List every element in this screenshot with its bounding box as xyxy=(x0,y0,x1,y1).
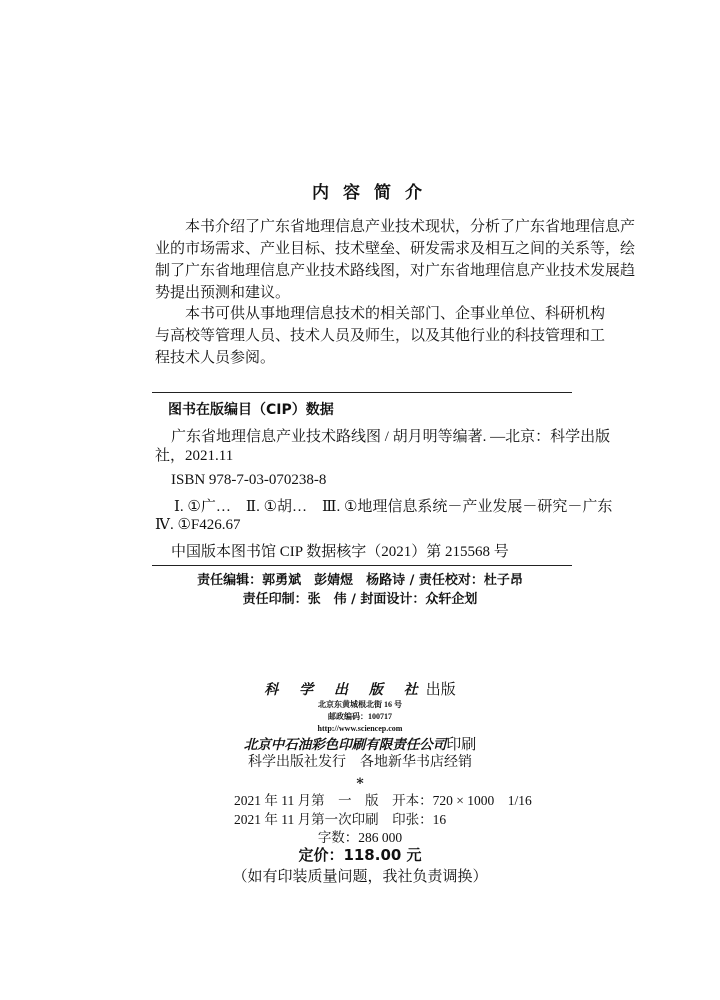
word-count: 字数：286 000 xyxy=(0,831,720,845)
printer-line: 北京中石油彩色印刷有限责任公司印刷 xyxy=(0,736,720,753)
cip-heading: 图书在版编目（CIP）数据 xyxy=(168,403,334,417)
cip-isbn: ISBN 978-7-03-070238-8 xyxy=(171,473,326,488)
edition-line: 2021 年 11 月第 一 版 开本：720 × 1000 1/16 xyxy=(234,794,532,808)
quality-notice: （如有印装质量问题，我社负责调换） xyxy=(0,869,720,884)
publisher-address: 北京东黄城根北街 16 号 xyxy=(0,701,720,709)
summary-title: 内容简介 xyxy=(0,185,720,202)
publisher-website: http://www.sciencep.com xyxy=(0,725,720,733)
price: 定价：118.00 元 xyxy=(0,848,720,863)
distribution-line: 科学出版社发行 各地新华书店经销 xyxy=(0,755,720,769)
summary-line: 程技术人员参阅。 xyxy=(155,350,569,365)
cip-classification-line: Ⅳ. ①F426.67 xyxy=(155,518,241,533)
cip-classification-line: Ⅰ. ①广… Ⅱ. ①胡… Ⅲ. ①地理信息系统－产业发展－研究－广东 xyxy=(174,500,567,515)
credits-line: 责任印制：张 伟 / 封面设计：众轩企划 xyxy=(0,593,720,606)
credits-line: 责任编辑：郭勇斌 彭婧煜 杨路诗 / 责任校对：杜子昂 xyxy=(0,574,720,587)
summary-line: 业的市场需求、产业目标、技术壁垒、研发需求及相互之间的关系等，绘 xyxy=(155,241,569,256)
summary-line: 本书可供从事地理信息技术的相关部门、企事业单位、科研机构 xyxy=(155,306,569,321)
separator-asterisk: * xyxy=(0,777,720,791)
printer-suffix: 印刷 xyxy=(446,735,476,753)
cip-bottom-rule xyxy=(152,565,572,566)
cip-approval-number: 中国版本图书馆 CIP 数据核字（2021）第 215568 号 xyxy=(171,545,509,560)
summary-line: 制了广东省地理信息产业技术路线图，对广东省地理信息产业技术发展趋 xyxy=(155,263,569,278)
summary-line: 与高校等管理人员、技术人员及师生，以及其他行业的科技管理和工 xyxy=(155,328,569,343)
cip-top-rule xyxy=(152,392,572,393)
summary-line: 本书介绍了广东省地理信息产业技术现状，分析了广东省地理信息产 xyxy=(155,219,569,234)
publisher-line: 科 学 出 版 社出版 xyxy=(0,681,720,697)
cip-entry-line: 广东省地理信息产业技术路线图 / 胡月明等编著. —北京：科学出版 xyxy=(171,430,567,445)
publisher-name: 科 学 出 版 社 xyxy=(264,682,426,698)
publisher-postcode: 邮政编码：100717 xyxy=(0,713,720,721)
publisher-suffix: 出版 xyxy=(426,680,456,698)
summary-line: 势提出预测和建议。 xyxy=(155,285,569,300)
cip-entry-line: 社，2021.11 xyxy=(155,449,233,464)
printing-line: 2021 年 11 月第一次印刷 印张：16 xyxy=(234,813,446,827)
printer-name: 北京中石油彩色印刷有限责任公司 xyxy=(244,737,447,753)
